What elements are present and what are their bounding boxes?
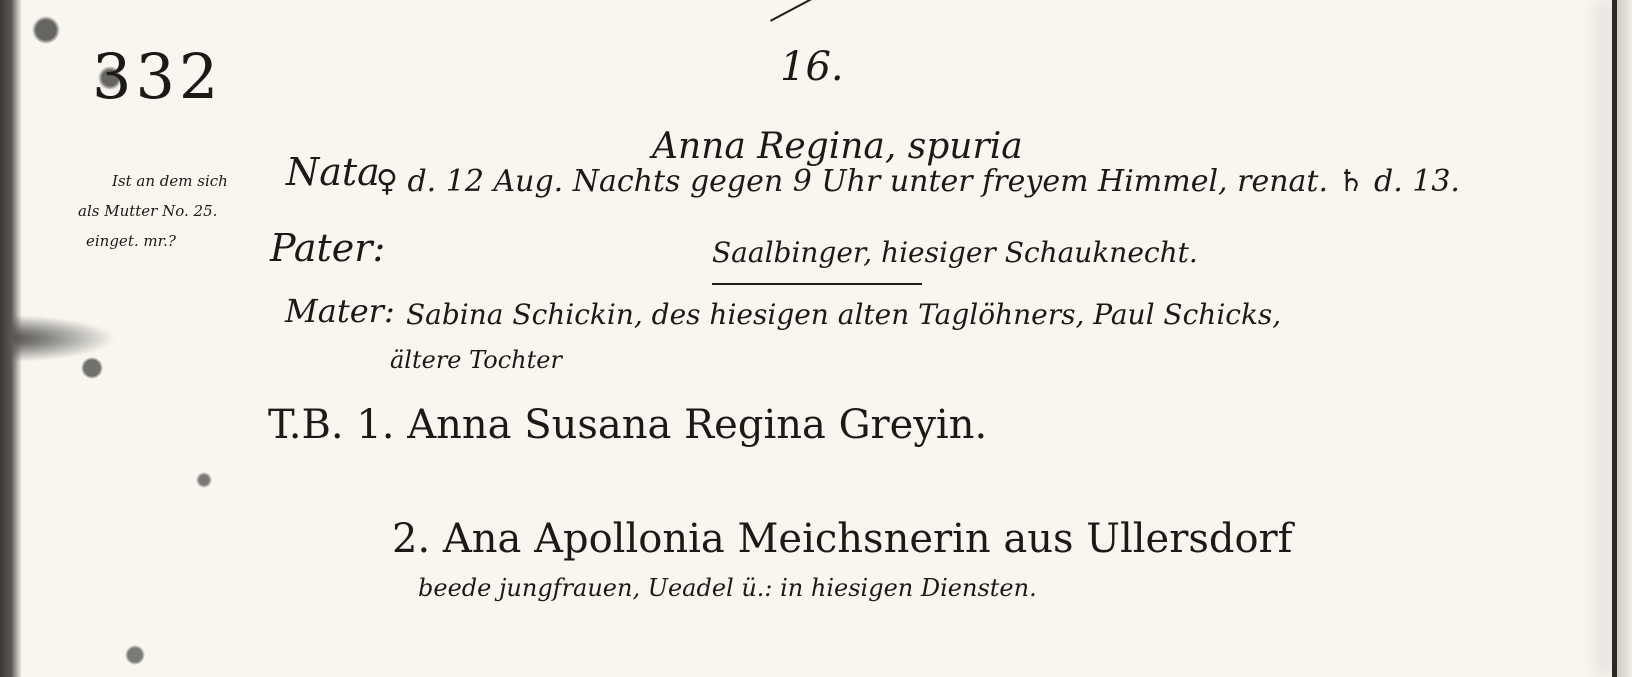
godparents-note: beede jungfrauen, Ueadel ü.: in hiesigen… <box>418 574 1037 602</box>
father-details-text: Saalbinger, hiesiger Schauknecht. <box>712 236 1198 269</box>
godparent-2: 2. Ana Apollonia Meichsnerin aus Ullersd… <box>392 516 1292 562</box>
birth-details-text: ♀ d. 12 Aug. Nachts gegen 9 Uhr unter fr… <box>376 164 1460 199</box>
mater-label: Mater: <box>285 292 395 330</box>
child-name-heading: Anna Regina, spuria <box>652 126 1023 167</box>
mother-details-text: Sabina Schickin, des hiesigen alten Tagl… <box>406 298 1281 331</box>
entry-number: 332 <box>92 40 222 113</box>
margin-note-line: einget. mr.? <box>86 232 176 250</box>
page-left-edge-shadow <box>0 0 22 677</box>
margin-note-line: Ist an dem sich <box>112 172 228 190</box>
page-right-margin <box>1617 0 1632 677</box>
scanned-register-page: 332 16. Anna Regina, spuria Ist an dem s… <box>0 0 1632 677</box>
nata-label: Nata <box>286 150 380 194</box>
godparent-1: T.B. 1. Anna Susana Regina Greyin. <box>268 402 987 448</box>
father-name-underline <box>712 283 922 285</box>
record-number: 16. <box>780 44 844 90</box>
mother-details-text-continued: ältere Tochter <box>390 346 562 374</box>
pater-label: Pater: <box>270 226 385 270</box>
record-number-stroke <box>770 0 850 22</box>
margin-note-line: als Mutter No. 25. <box>78 202 217 220</box>
